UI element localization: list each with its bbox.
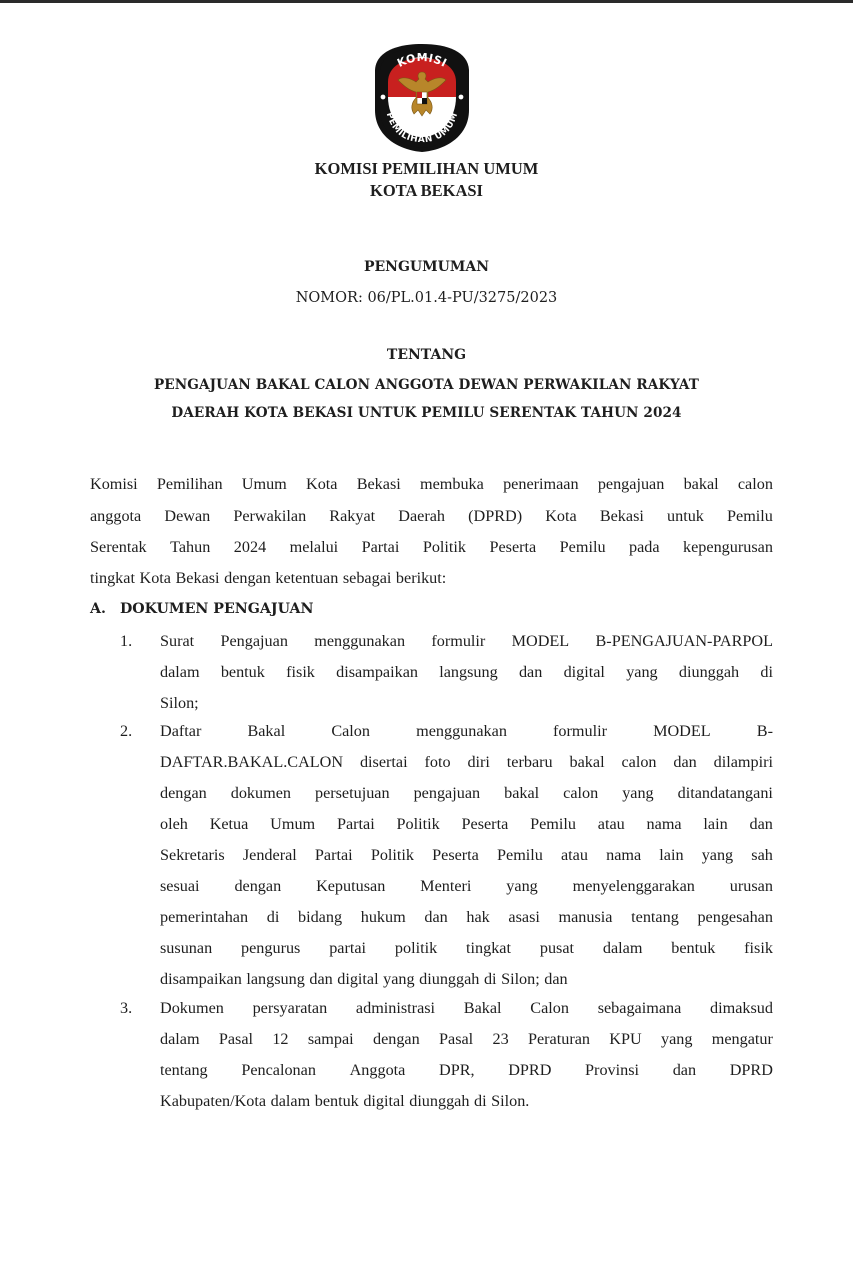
list-item-line: dalambentukfisikdisampaikanlangsungdandi… [160,661,773,683]
organization-city: KOTA BEKASI [0,180,853,202]
list-item-number: 2. [120,720,132,742]
about-label: TENTANG [0,344,853,366]
list-item-line: DokumenpersyaratanadministrasiBakalCalon… [160,997,773,1019]
section-title: DOKUMEN PENGAJUAN [120,601,313,617]
list-item-line: pemerintahandibidanghukumdanhakasasimanu… [160,906,773,928]
list-item-line: Kabupaten/Kotadalambentukdigitaldiunggah… [160,1090,773,1112]
kpu-emblem-icon: KOMISI PEMILIHAN UMUM [372,42,472,152]
subject-line: DAERAH KOTA BEKASI UNTUK PEMILU SERENTAK… [0,402,853,424]
subject-line: PENGAJUAN BAKAL CALON ANGGOTA DEWAN PERW… [0,374,853,396]
list-item-line: SuratPengajuanmenggunakanformulirMODELB-… [160,630,773,652]
paragraph-line: KomisiPemilihanUmumKotaBekasimembukapene… [90,473,773,495]
list-item-line: SekretarisJenderalPartaiPolitikPesertaPe… [160,844,773,866]
section-heading: A.DOKUMEN PENGAJUAN [90,598,313,620]
list-item-line: tentangPencalonanAnggotaDPR,DPRDProvinsi… [160,1059,773,1081]
list-item-number: 1. [120,630,132,652]
section-letter: A. [90,598,120,620]
list-item-line: susunanpenguruspartaipolitiktingkatpusat… [160,937,773,959]
list-item-line: dalamPasal12sampaidenganPasal23Peraturan… [160,1028,773,1050]
list-item-line: DAFTAR.BAKAL.CALONdisertaifotodiriterbar… [160,751,773,773]
list-item-line: sesuaidenganKeputusanMenteriyangmenyelen… [160,875,773,897]
paragraph-line: tingkatKotaBekasidenganketentuansebagaib… [90,567,773,589]
list-item-line: dengandokumenpersetujuanpengajuanbakalca… [160,782,773,804]
list-item-line: olehKetuaUmumPartaiPolitikPesertaPemilua… [160,813,773,835]
paragraph-line: SerentakTahun2024melaluiPartaiPolitikPes… [90,536,773,558]
document-type-title: PENGUMUMAN [0,256,853,278]
document-number: NOMOR: 06/PL.01.4-PU/3275/2023 [0,287,853,309]
list-item-line: disampaikanlangsungdandigitalyangdiungga… [160,968,773,990]
list-item-number: 3. [120,997,132,1019]
paragraph-line: anggotaDewanPerwakilanRakyatDaerah(DPRD)… [90,505,773,527]
organization-name: KOMISI PEMILIHAN UMUM [0,158,853,180]
list-item-line: Silon; [160,692,773,714]
list-item-line: DaftarBakalCalonmenggunakanformulirMODEL… [160,720,773,742]
announcement-page: KOMISI PEMILIHAN UMUM KOMISI PEMILIHAN U… [0,0,853,1280]
